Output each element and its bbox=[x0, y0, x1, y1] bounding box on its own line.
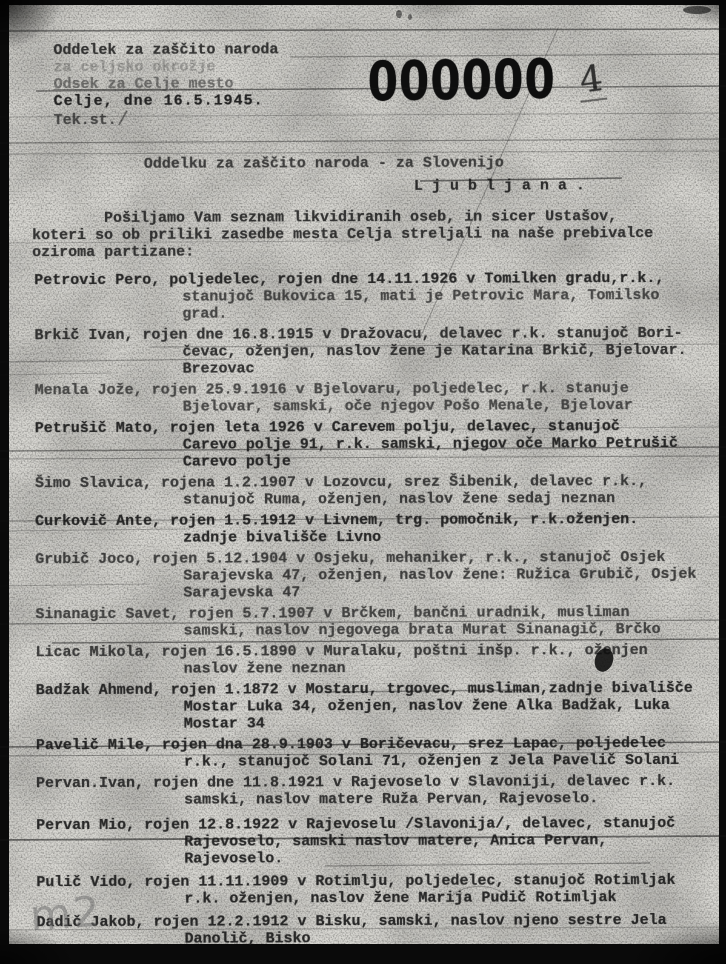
serial-number-stamp: 000000 4 bbox=[368, 66, 606, 106]
recipient-city: L j u b l j a n a . bbox=[414, 177, 706, 195]
entry-continuation-lines: čevac, oženjen, naslov žene je Katarina … bbox=[182, 342, 706, 378]
list-entry: Curkovič Ante, rojen 1.5.1912 v Livnem, … bbox=[33, 511, 707, 547]
entry-continuation-lines: samski, naslov matere Ruža Pervan, Rajev… bbox=[184, 790, 708, 809]
entry-continuation-lines: naslov žene neznan bbox=[184, 659, 708, 678]
list-entry: Pervan Mio, rojen 12.8.1922 v Rajevoselu… bbox=[34, 815, 708, 868]
entry-continuation-lines: stanujoč Ruma, oženjen, naslov žene seda… bbox=[183, 490, 707, 509]
list-entry: Petrovic Pero, poljedelec, rojen dne 14.… bbox=[32, 270, 706, 323]
ref-number-label: Tek.st. bbox=[54, 112, 117, 129]
list-entry: Sinanagic Savet, rojen 5.7.1907 v Brčkem… bbox=[33, 604, 707, 640]
entry-continuation-lines: zadnje bivališče Livno bbox=[183, 528, 707, 547]
list-entry: Pervan.Ivan, rojen dne 11.8.1921 v Rajev… bbox=[34, 773, 708, 809]
scanned-document-frame: Oddelek za zaščito naroda za celjsko okr… bbox=[0, 0, 726, 964]
entry-first-line: Pervan.Ivan, rojen dne 11.8.1921 v Rajev… bbox=[36, 773, 708, 792]
recipient-block: Oddelku za zaščito naroda - za Slovenijo… bbox=[32, 154, 706, 196]
entry-continuation-lines: Rajevoselo, samski naslov matere, Anica … bbox=[184, 832, 708, 868]
entry-continuation-lines: Bjelovar, samski, oče njegov Pošo Menale… bbox=[183, 397, 707, 416]
typewritten-content: Oddelek za zaščito naroda za celjsko okr… bbox=[31, 40, 708, 952]
list-entry: Badžak Ahmend, rojen 1.1872 v Mostaru, t… bbox=[34, 680, 708, 733]
entry-continuation-lines: Sarajevska 47, oženjen, naslov žene: Ruž… bbox=[183, 566, 707, 602]
paper-background: Oddelek za zaščito naroda za celjsko okr… bbox=[9, 5, 719, 944]
entry-continuation-lines: Danolič, Bisko bbox=[185, 929, 709, 948]
list-entry: Menala Jože, rojen 25.9.1916 v Bjelovaru… bbox=[33, 380, 707, 416]
list-entry: Brkič Ivan, rojen dne 16.8.1915 v Dražov… bbox=[32, 325, 706, 378]
entry-continuation-lines: stanujoč Bukovica 15, mati je Petrovic M… bbox=[182, 287, 706, 323]
entry-continuation-lines: samski, naslov njegovega brata Murat Sin… bbox=[183, 621, 707, 640]
entry-first-line: Licac Mikola, rojen 16.5.1890 v Muralaku… bbox=[36, 642, 708, 661]
list-entry: Petrušič Mato, rojen leta 1926 v Carevem… bbox=[33, 418, 707, 471]
list-entry: Pulič Vido, rojen 11.11.1909 v Rotimlju,… bbox=[34, 872, 708, 908]
entry-first-line: Dadič Jakob, rojen 12.2.1912 v Bisku, sa… bbox=[36, 912, 708, 931]
list-entry: Licac Mikola, rojen 16.5.1890 v Muralaku… bbox=[34, 642, 708, 678]
liquidated-persons-list: Petrovic Pero, poljedelec, rojen dne 14.… bbox=[32, 270, 708, 948]
intro-paragraph: Pošiljamo Vam seznam likvidiranih oseb, … bbox=[32, 208, 706, 261]
entry-first-line: Pervan Mio, rojen 12.8.1922 v Rajevoselu… bbox=[36, 815, 708, 834]
handwritten-pen-stroke: ∕ bbox=[118, 109, 128, 127]
stamp-zeros: 000000 bbox=[368, 69, 556, 92]
recipient-office: Oddelku za zaščito naroda - za Slovenijo bbox=[144, 154, 706, 173]
entry-first-line: Curkovič Ante, rojen 1.5.1912 v Livnem, … bbox=[35, 511, 707, 530]
entry-continuation-lines: Mostar Luka 34, oženjen, naslov žene Alk… bbox=[184, 697, 708, 733]
entry-continuation-lines: Carevo polje 91, r.k. samski, njegov oče… bbox=[183, 435, 707, 471]
watermark-m2: m2 bbox=[28, 887, 103, 941]
list-entry: Pavelič Mile, rojen dna 28.9.1903 v Bori… bbox=[34, 735, 708, 771]
list-entry: Grubič Joco, rojen 5.12.1904 v Osjeku, m… bbox=[33, 549, 707, 602]
list-entry: Šimo Slavica, rojena 1.2.1907 v Lozovcu,… bbox=[33, 473, 707, 509]
entry-continuation-lines: r.k., stanujoč Solani 71, oženjen z Jela… bbox=[184, 752, 708, 771]
list-entry: Dadič Jakob, rojen 12.2.1912 v Bisku, sa… bbox=[34, 912, 708, 948]
handwritten-number-four: 4 bbox=[576, 61, 608, 103]
entry-continuation-lines: r.k. oženjen, naslov žene Marija Pudič R… bbox=[184, 889, 708, 908]
